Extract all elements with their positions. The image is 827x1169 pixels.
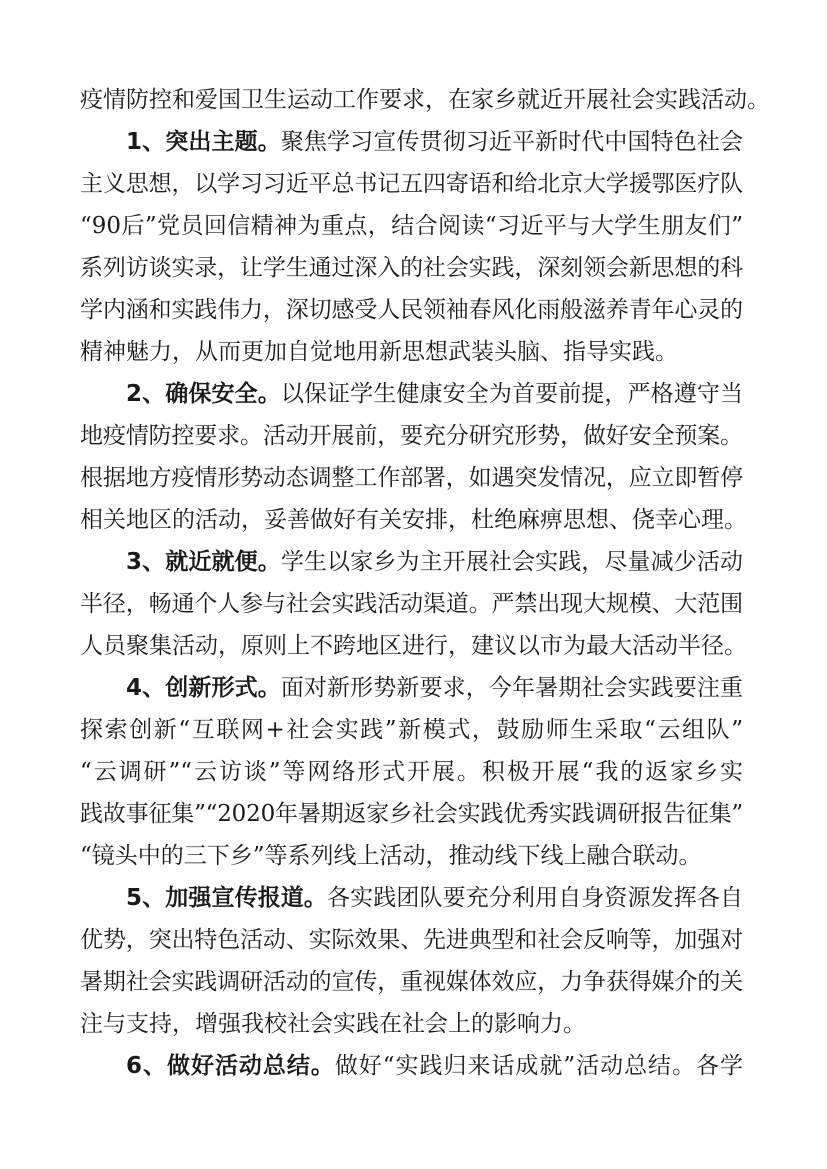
line-text: 以保证学生健康安全为首要前提，严格遵守当 (281, 381, 743, 407)
text-line: “90后”党员回信精神为重点，结合阅读“习近平与大学生朋友们” (80, 205, 743, 247)
section-heading-line: 4、创新形式。面对新形势新要求，今年暑期社会实践要注重 (80, 667, 743, 709)
line-text: “90后”党员回信精神为重点，结合阅读“习近平与大学生朋友们” (80, 213, 743, 239)
line-text: 注与支持，增强我校社会实践在社会上的影响力。 (80, 1011, 586, 1037)
section-heading-line: 2、确保安全。以保证学生健康安全为首要前提，严格遵守当 (80, 373, 743, 415)
line-text: 暑期社会实践调研活动的宣传，重视媒体效应，力争获得媒介的关 (80, 969, 743, 995)
line-text: 践故事征集”“2020年暑期返家乡社会实践优秀实践调研报告征集” (80, 801, 743, 827)
text-line: 人员聚集活动，原则上不跨地区进行，建议以市为最大活动半径。 (80, 625, 743, 667)
text-line: 注与支持，增强我校社会实践在社会上的影响力。 (80, 1003, 743, 1045)
line-text: 半径，畅通个人参与社会实践活动渠道。严禁出现大规模、大范围 (80, 591, 743, 617)
text-line: 优势，突出特色活动、实际效果、先进典型和社会反响等，加强对 (80, 919, 743, 961)
line-text: 系列访谈实录，让学生通过深入的社会实践，深刻领会新思想的科 (80, 255, 743, 281)
line-text: 面对新形势新要求，今年暑期社会实践要注重 (281, 675, 743, 701)
text-line: 探索创新“互联网+社会实践”新模式，鼓励师生采取“云组队” (80, 709, 743, 751)
line-text: 做好“实践归来话成就”活动总结。各学 (335, 1053, 743, 1079)
text-line: 半径，畅通个人参与社会实践活动渠道。严禁出现大规模、大范围 (80, 583, 743, 625)
text-line: 学内涵和实践伟力，深切感受人民领袖春风化雨般滋养青年心灵的 (80, 289, 743, 331)
text-line: 相关地区的活动，妥善做好有关安排，杜绝麻痹思想、侥幸心理。 (80, 499, 743, 541)
text-line: 地疫情防控要求。活动开展前，要充分研究形势，做好安全预案。 (80, 415, 743, 457)
line-text: 学内涵和实践伟力，深切感受人民领袖春风化雨般滋养青年心灵的 (80, 297, 743, 323)
line-text: 根据地方疫情形势动态调整工作部署，如遇突发情况，应立即暂停 (80, 465, 743, 491)
section-title: 5、加强宣传报道。 (126, 885, 327, 911)
text-line: “镜头中的三下乡”等系列线上活动，推动线下线上融合联动。 (80, 835, 743, 877)
line-text: 精神魅力，从而更加自觉地用新思想武装头脑、指导实践。 (80, 339, 678, 365)
line-text: 疫情防控和爱国卫生运动工作要求，在家乡就近开展社会实践活动。 (80, 87, 770, 113)
line-text: 学生以家乡为主开展社会实践，尽量减少活动 (281, 549, 743, 575)
text-line: 暑期社会实践调研活动的宣传，重视媒体效应，力争获得媒介的关 (80, 961, 743, 1003)
text-line: 根据地方疫情形势动态调整工作部署，如遇突发情况，应立即暂停 (80, 457, 743, 499)
text-line: 精神魅力，从而更加自觉地用新思想武装头脑、指导实践。 (80, 331, 743, 373)
section-title: 3、就近就便。 (126, 549, 281, 575)
section-title: 1、突出主题。 (126, 129, 281, 155)
section-heading-line: 3、就近就便。学生以家乡为主开展社会实践，尽量减少活动 (80, 541, 743, 583)
line-text: “云调研”“云访谈”等网络形式开展。积极开展“我的返家乡实 (80, 759, 743, 785)
line-text: 优势，突出特色活动、实际效果、先进典型和社会反响等，加强对 (80, 927, 743, 953)
line-text: 探索创新“互联网+社会实践”新模式，鼓励师生采取“云组队” (80, 717, 743, 743)
line-text: 聚焦学习宣传贯彻习近平新时代中国特色社会 (281, 129, 743, 155)
text-line: “云调研”“云访谈”等网络形式开展。积极开展“我的返家乡实 (80, 751, 743, 793)
line-text: 各实践团队要充分利用自身资源发挥各自 (327, 885, 743, 911)
text-line: 系列访谈实录，让学生通过深入的社会实践，深刻领会新思想的科 (80, 247, 743, 289)
line-text: 主义思想，以学习习近平总书记五四寄语和给北京大学援鄂医疗队 (80, 171, 743, 197)
section-heading-line: 6、做好活动总结。做好“实践归来话成就”活动总结。各学 (80, 1045, 743, 1087)
line-text: 地疫情防控要求。活动开展前，要充分研究形势，做好安全预案。 (80, 423, 743, 449)
line-text: “镜头中的三下乡”等系列线上活动，推动线下线上融合联动。 (80, 843, 702, 869)
document-page: 疫情防控和爱国卫生运动工作要求，在家乡就近开展社会实践活动。 1、突出主题。聚焦… (80, 79, 743, 1087)
section-title: 6、做好活动总结。 (126, 1053, 335, 1079)
section-title: 2、确保安全。 (126, 381, 281, 407)
line-text: 相关地区的活动，妥善做好有关安排，杜绝麻痹思想、侥幸心理。 (80, 507, 747, 533)
section-heading-line: 1、突出主题。聚焦学习宣传贯彻习近平新时代中国特色社会 (80, 121, 743, 163)
section-heading-line: 5、加强宣传报道。各实践团队要充分利用自身资源发挥各自 (80, 877, 743, 919)
section-title: 4、创新形式。 (126, 675, 281, 701)
line-text: 人员聚集活动，原则上不跨地区进行，建议以市为最大活动半径。 (80, 633, 747, 659)
text-line: 主义思想，以学习习近平总书记五四寄语和给北京大学援鄂医疗队 (80, 163, 743, 205)
text-line: 践故事征集”“2020年暑期返家乡社会实践优秀实践调研报告征集” (80, 793, 743, 835)
text-line: 疫情防控和爱国卫生运动工作要求，在家乡就近开展社会实践活动。 (80, 79, 743, 121)
